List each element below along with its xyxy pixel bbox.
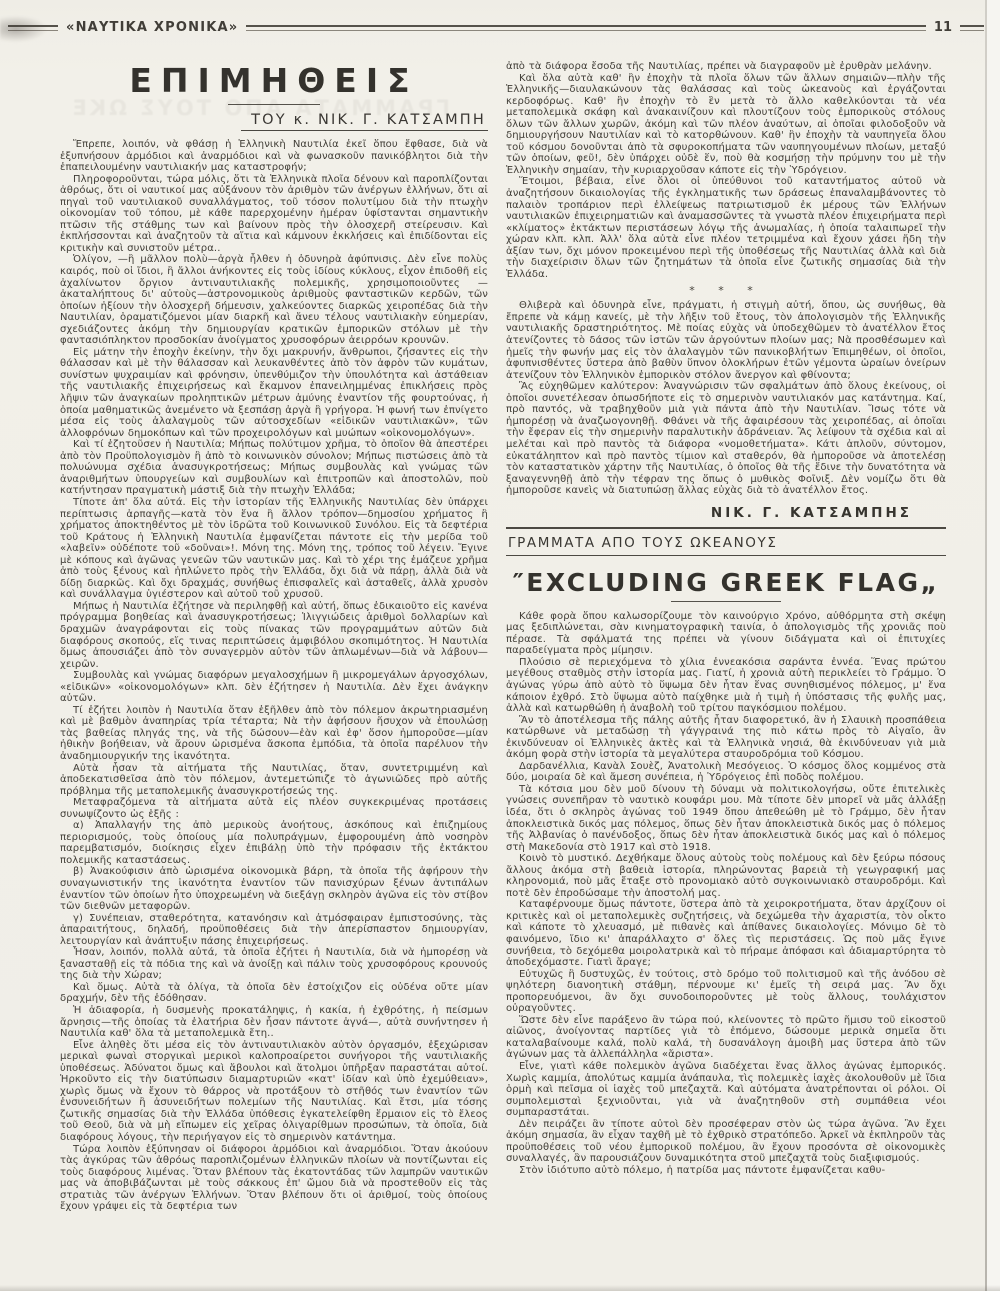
letters-body: Κάθε φορὰ ὅπου καλωσορίζουμε τὸν καινούρ…: [506, 611, 946, 1177]
article-body-left: Ἔπρεπε, λοιπόν, νὰ φθάσῃ ἡ Ἑλληνικὴ Ναυτ…: [60, 139, 488, 1213]
paragraph: Ἂς εὐχηθῶμεν καλύτερον: Ἀναγνώρισιν τῶν …: [506, 381, 946, 496]
paragraph: Τὰ κότσια μου δὲν μοῦ δίνουν τὴ δύναμι ν…: [506, 784, 946, 853]
left-column: ΕΠΙΜΗΘΕΙΣ ΤΟΥ κ. ΝΙΚ. Γ. ΚΑΤΣΑΜΠΗ Ἔπρεπε…: [60, 61, 488, 1281]
paragraph: Δὲν πειράζει ἂν τίποτε αὐτοὶ δὲν προσέφε…: [506, 1119, 946, 1165]
paragraph: Κοινὸ τὸ μυστικό. Δεχθήκαμε ὅλους αὐτοὺς…: [506, 853, 946, 899]
paragraph: Πληροφοροῦνται, τώρα μόλις, ὅτι τὰ Ἑλλην…: [60, 174, 488, 255]
right-column: ἀπὸ τὰ διάφορα ἔσοδα τῆς Ναυτιλίας, πρέπ…: [506, 61, 946, 1286]
paragraph: Εὐτυχῶς ἢ δυστυχῶς, ἐν τούτοις, στὸ δρόμ…: [506, 969, 946, 1015]
paragraph: Καταφέρνουμε ὅμως πάντοτε, ὕστερα ἀπὸ τὰ…: [506, 899, 946, 968]
paragraph: Καὶ τί ἐζητοῦσεν ἡ Ναυτιλία; Μήπως πολύτ…: [60, 439, 488, 497]
paragraph: Ἕτοιμοι, βέβαια, εἶνε ὅλοι οἱ ὑπεύθυνοι …: [506, 176, 946, 280]
letters-section: ΓΡΑΜΜΑΤΑ ΑΠΟ ΤΟΥΣ ΩΚΕΑΝΟΥΣ: [506, 527, 946, 556]
letters-headline: ″EXCLUDING GREEK FLAG„: [506, 568, 946, 597]
two-column-layout: ΕΠΙΜΗΘΕΙΣ ΤΟΥ κ. ΝΙΚ. Γ. ΚΑΤΣΑΜΠΗ Ἔπρεπε…: [0, 35, 1000, 1286]
masthead: «ΝΑΥΤΙΚΑ ΧΡΟΝΙΚΑ» 11: [0, 0, 1000, 35]
paragraph: Ὀλίγον, —ἢ μᾶλλον πολὺ—ἀργὰ ἦλθεν ἡ ὀδυν…: [60, 254, 488, 346]
paragraph: ἀπὸ τὰ διάφορα ἔσοδα τῆς Ναυτιλίας, πρέπ…: [506, 61, 946, 73]
paragraph: Τίποτε ἀπ' ὅλα αὐτά. Εἰς τὴν ἱστορίαν τῆ…: [60, 497, 488, 601]
paragraph: Πλούσιο σὲ περιεχόμενα τὸ χίλια ἐννεακόσ…: [506, 657, 946, 715]
article-body-right-2: Θλιβερὰ καὶ ὀδυνηρὰ εἶνε, πράγματι, ἡ στ…: [506, 300, 946, 496]
section-kicker: ΓΡΑΜΜΑΤΑ ΑΠΟ ΤΟΥΣ ΩΚΕΑΝΟΥΣ: [506, 529, 946, 556]
author-signature: ΝΙΚ. Γ. ΚΑΤΣΑΜΠΗΣ: [506, 505, 946, 521]
byline-row: ΤΟΥ κ. ΝΙΚ. Γ. ΚΑΤΣΑΜΠΗ: [60, 109, 488, 131]
paragraph: Εἶνε, γιατὶ κάθε πολεμικὸν ἀγῶνα διαδέχε…: [506, 1061, 946, 1119]
paragraph: Εἰς μάτην τὴν ἐποχὴν ἐκείνην, τὴν ὄχι μα…: [60, 347, 488, 439]
paragraph: Ἦσαν, λοιπόν, πολλὰ αὐτά, τὰ ὁποῖα ἐζήτε…: [60, 947, 488, 982]
article-byline: ΤΟΥ κ. ΝΙΚ. Γ. ΚΑΤΣΑΜΠΗ: [241, 112, 488, 131]
page-number: 11: [934, 20, 952, 35]
paragraph: Στὸν ἰδιότυπο αὐτὸ πόλεμο, ἡ πατρίδα μας…: [506, 1165, 946, 1177]
paragraph: Κάθε φορὰ ὅπου καλωσορίζουμε τὸν καινούρ…: [506, 611, 946, 657]
paragraph: Θλιβερὰ καὶ ὀδυνηρὰ εἶνε, πράγματι, ἡ στ…: [506, 300, 946, 381]
paragraph: Εἶνε ἀληθὲς ὅτι μέσα εἰς τὸν ἀντιναυτιλι…: [60, 1040, 488, 1144]
publication-title: «ΝΑΥΤΙΚΑ ΧΡΟΝΙΚΑ»: [66, 20, 238, 35]
paragraph: Μήπως ἡ Ναυτιλία ἐζήτησε νὰ περιληφθῇ κα…: [60, 601, 488, 670]
paragraph: Ἡ ἀδιαφορία, ἡ δυσμενὴς προκατάληψις, ἡ …: [60, 1005, 488, 1040]
article-title: ΕΠΙΜΗΘΕΙΣ: [60, 63, 488, 99]
paragraph: γ) Συνέπειαν, σταθερότητα, κατανόησιν κα…: [60, 913, 488, 948]
headline-underline: [671, 601, 781, 602]
paragraph: Καὶ ὅμως. Αὐτὰ τὰ ὀλίγα, τὰ ὁποῖα δὲν ἐσ…: [60, 982, 488, 1005]
paragraph: Τί ἐζήτει λοιπὸν ἡ Ναυτιλία ὅταν ἐξῆλθεν…: [60, 705, 488, 763]
scanned-page: «ΝΑΥΤΙΚΑ ΧΡΟΝΙΚΑ» 11 ΕΠΙΜΗΘΕΙΣ ΤΟΥ κ. ΝΙ…: [0, 0, 1000, 1291]
paragraph: Ἔπρεπε, λοιπόν, νὰ φθάσῃ ἡ Ἑλληνικὴ Ναυτ…: [60, 139, 488, 174]
article-body-right: ἀπὸ τὰ διάφορα ἔσοδα τῆς Ναυτιλίας, πρέπ…: [506, 61, 946, 280]
title-underline: [228, 104, 320, 105]
paper-margin: [987, 0, 1000, 1291]
paragraph: Συμβουλὰς καὶ γνώμας διαφόρων μεγαλοσχήμ…: [60, 670, 488, 705]
asterisk-separator: * * *: [506, 284, 946, 297]
paragraph: Ὥστε δὲν εἶνε παράξενο ἂν τώρα πού, κλεί…: [506, 1015, 946, 1061]
masthead-rule-right: [960, 25, 984, 31]
scan-artifact: [0, 14, 52, 44]
paragraph: α) Ἀπαλλαγήν της ἀπὸ μερικοὺς ἀνοήτους, …: [60, 820, 488, 866]
paragraph: Δαρδανέλλια, Κανὰλ Σουὲζ, Ἀνατολικὴ Μεσό…: [506, 761, 946, 784]
paragraph: Αὐτὰ ἦσαν τὰ αἰτήματα τῆς Ναυτιλίας, ὅτα…: [60, 763, 488, 798]
paragraph: β) Ἀνακούφισιν ἀπὸ ὡρισμένα οἰκονομικὰ β…: [60, 866, 488, 912]
paragraph: Ἂν τὸ ἀποτέλεσμα τῆς πάλης αὐτῆς ἦταν δι…: [506, 715, 946, 761]
paragraph: Καὶ ὅλα αὐτὰ καθ' ἣν ἐποχὴν τὰ πλοῖα ὅλω…: [506, 73, 946, 177]
paragraph: Μεταφραζόμενα τὰ αἰτήματα αὐτὰ εἰς πλέον…: [60, 797, 488, 820]
paragraph: Τώρα λοιπὸν ἐξύπνησαν οἱ διάφοροι ἁρμόδι…: [60, 1144, 488, 1213]
paper-bottom-shadow: [0, 1285, 1000, 1291]
masthead-rule-middle: [246, 25, 926, 31]
